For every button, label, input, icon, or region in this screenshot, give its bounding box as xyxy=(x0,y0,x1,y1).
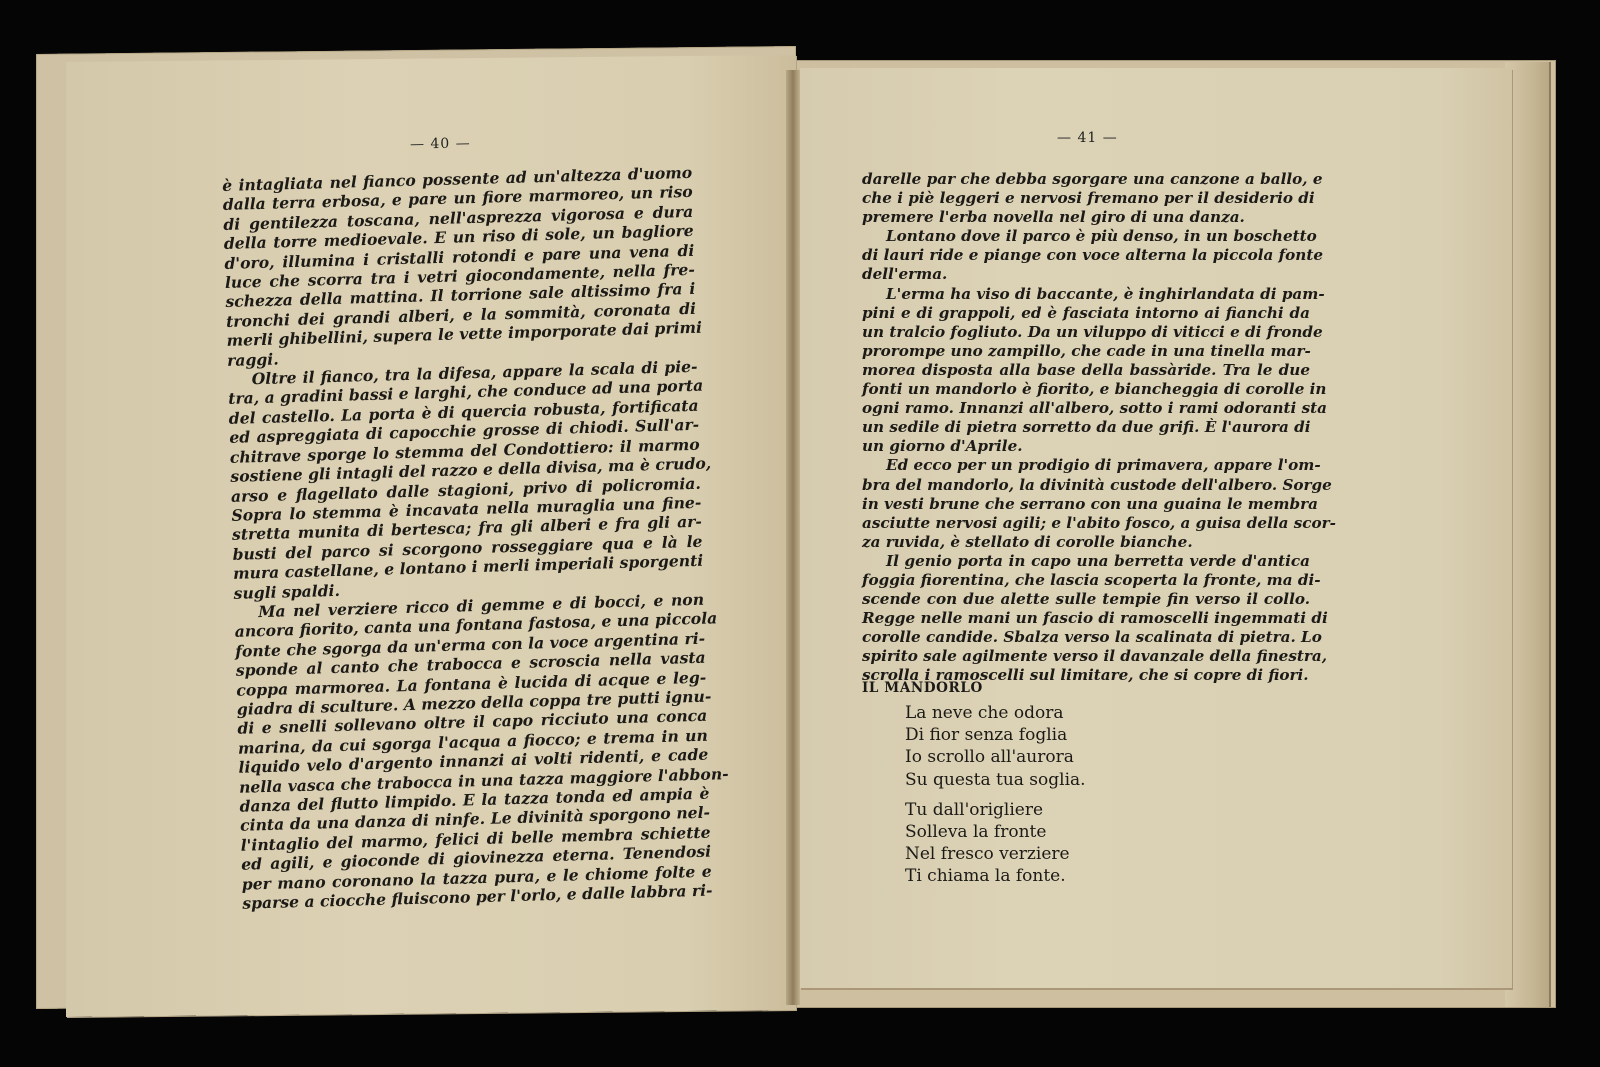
text-line: Ed ecco per un prodigio di primavera, ap… xyxy=(862,456,1310,475)
text-line: L'erma ha viso di baccante, è inghirland… xyxy=(862,285,1310,304)
open-book: — 40 — — 41 — è intagliata nel fianco po… xyxy=(0,0,1600,1067)
poem-line: Ti chiama la fonte. xyxy=(905,865,1086,887)
text-line: prorompe uno zampillo, che cade in una t… xyxy=(862,342,1310,361)
page-number-left: — 40 — xyxy=(410,135,471,152)
text-line: corolle candide. Sbalza verso la scalina… xyxy=(862,628,1310,647)
right-page-body: darelle par che debba sgorgare una canzo… xyxy=(862,170,1310,686)
poem-line: Solleva la fronte xyxy=(905,821,1086,843)
poem-line: Su questa tua soglia. xyxy=(905,769,1086,791)
poem-line: La neve che odora xyxy=(905,702,1086,724)
page-number-right: — 41 — xyxy=(1057,130,1118,146)
text-line: fonti un mandorlo è fiorito, e bianchegg… xyxy=(862,380,1310,399)
text-line: pini e di grappoli, ed è fasciata intorn… xyxy=(862,304,1310,323)
text-line: scende con due alette sulle tempie fin v… xyxy=(862,590,1310,609)
text-line: darelle par che debba sgorgare una canzo… xyxy=(862,170,1310,189)
text-line: ogni ramo. Innanzi all'albero, sotto i r… xyxy=(862,399,1310,418)
text-line: za ruvida, è stellato di corolle bianche… xyxy=(862,533,1310,552)
left-page-body: è intagliata nel fianco possente ad un'a… xyxy=(222,163,712,913)
text-line: un giorno d'Aprile. xyxy=(862,437,1310,456)
text-line: Lontano dove il parco è più denso, in un… xyxy=(862,227,1310,246)
text-line: spirito sale agilmente verso il davanzal… xyxy=(862,647,1310,666)
text-line: premere l'erba novella nel giro di una d… xyxy=(862,208,1310,227)
poem-line: Io scrollo all'aurora xyxy=(905,746,1086,768)
text-line: foggia fiorentina, che lascia scoperta l… xyxy=(862,571,1310,590)
poem-line: Nel fresco verziere xyxy=(905,843,1086,865)
text-line: Regge nelle mani un fascio di ramoscelli… xyxy=(862,609,1310,628)
text-line: asciutte nervosi agili; e l'abito fosco,… xyxy=(862,514,1310,533)
poem-heading: IL MANDORLO xyxy=(862,680,983,696)
text-line: in vesti brune che serrano con una guain… xyxy=(862,495,1310,514)
text-line: di lauri ride e piange con voce alterna … xyxy=(862,246,1310,265)
text-line: bra del mandorlo, la divinità custode de… xyxy=(862,476,1310,495)
poem-line: Tu dall'origliere xyxy=(905,799,1086,821)
poem-stanza: La neve che odoraDi fior senza fogliaIo … xyxy=(905,702,1086,791)
text-line: morea disposta alla base della bassàride… xyxy=(862,361,1310,380)
poem: La neve che odoraDi fior senza fogliaIo … xyxy=(905,702,1086,896)
book-gutter xyxy=(786,70,800,1005)
poem-line: Di fior senza foglia xyxy=(905,724,1086,746)
text-line: dell'erma. xyxy=(862,265,1310,284)
poem-stanza: Tu dall'origliereSolleva la fronteNel fr… xyxy=(905,799,1086,888)
text-line: Il genio porta in capo una berretta verd… xyxy=(862,552,1310,571)
text-line: un sedile di pietra sorretto da due grif… xyxy=(862,418,1310,437)
text-line: che i piè leggeri e nervosi fremano per … xyxy=(862,189,1310,208)
text-line: un tralcio fogliuto. Da un viluppo di vi… xyxy=(862,323,1310,342)
